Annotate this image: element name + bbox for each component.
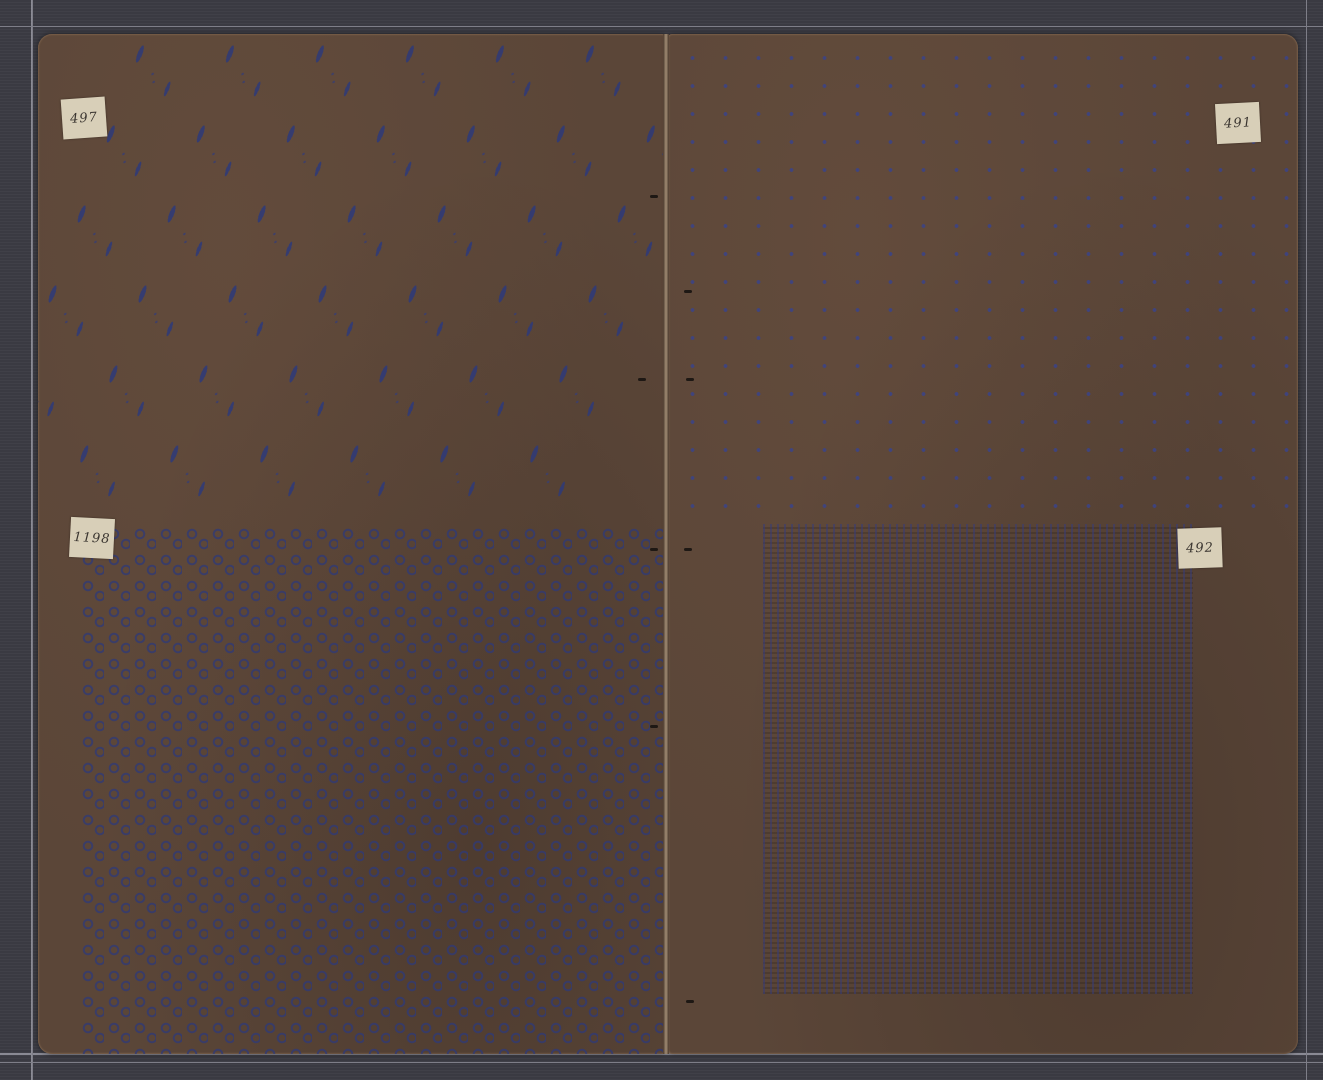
stitch-hole bbox=[650, 195, 658, 198]
stitch-hole bbox=[638, 378, 646, 381]
mat-gridline bbox=[1306, 0, 1307, 1080]
center-fold bbox=[663, 34, 669, 1054]
left-page bbox=[38, 34, 666, 1054]
stitch-hole bbox=[684, 290, 692, 293]
sample-dot-pattern bbox=[668, 34, 1298, 524]
sample-vermicular-pattern bbox=[78, 524, 666, 1054]
stitch-hole bbox=[650, 725, 658, 728]
mat-gridline bbox=[32, 0, 33, 1080]
sample-stripe-pattern bbox=[763, 524, 1193, 994]
stitch-hole bbox=[686, 378, 694, 381]
stitch-hole bbox=[650, 548, 658, 551]
catalogue-label: 497 bbox=[61, 97, 108, 140]
stitch-hole bbox=[686, 1000, 694, 1003]
catalogue-label: 1198 bbox=[69, 517, 115, 559]
stitch-hole bbox=[684, 548, 692, 551]
catalogue-label: 492 bbox=[1177, 527, 1222, 569]
sample-comma-pattern bbox=[38, 34, 666, 524]
mat-gridline bbox=[0, 26, 1323, 27]
mat-gridline bbox=[0, 1062, 1323, 1063]
catalogue-label: 491 bbox=[1215, 102, 1261, 144]
